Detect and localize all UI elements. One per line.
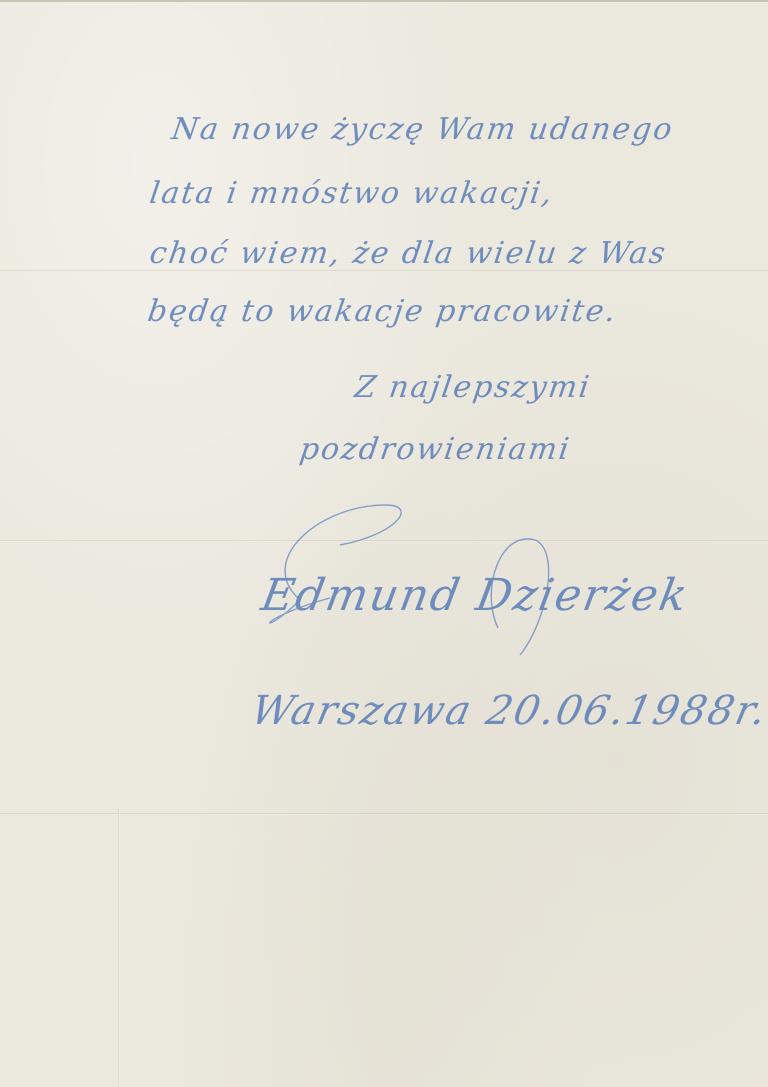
letter-line-3: choć wiem, że dla wielu z Was (148, 236, 670, 271)
fold-line-vertical (118, 810, 120, 1087)
closing-line-1: Z najlepszymi (353, 370, 594, 405)
letter-line-2: lata i mnóstwo wakacji, (148, 176, 556, 211)
signature: Edmund Dzierżek (258, 570, 693, 621)
letter-page: Na nowe życzę Wam udanego lata i mnóstwo… (0, 0, 768, 1087)
letter-line-1: Na nowe życzę Wam udanego (170, 112, 676, 147)
place-date: Warszawa 20.06.1988r. – (247, 688, 768, 734)
letter-line-4: będą to wakacje pracowite. (146, 294, 620, 329)
fold-line-middle (0, 540, 768, 542)
date: 20.06.1988r. (482, 688, 768, 734)
closing-line-2: pozdrowieniami (298, 432, 573, 467)
signature-flourish-icon (0, 0, 768, 1087)
place: Warszawa (247, 688, 477, 734)
fold-line-lower (0, 813, 768, 815)
